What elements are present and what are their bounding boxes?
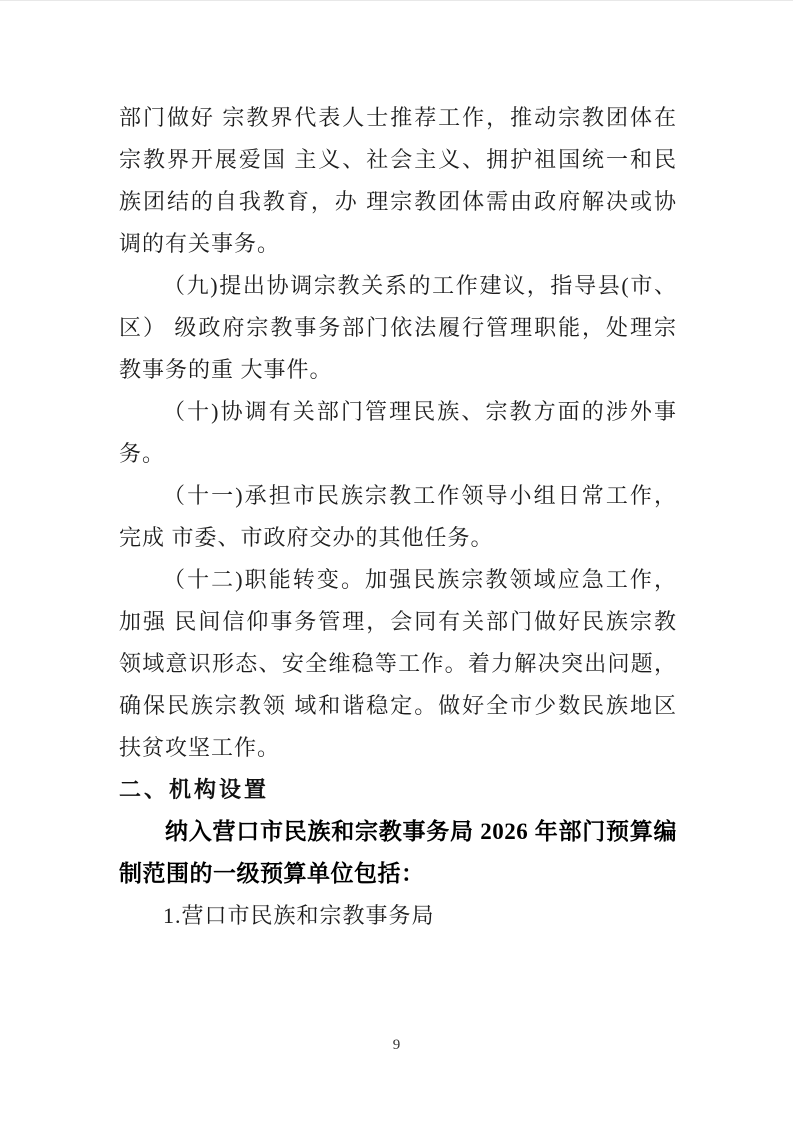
page-number: 9 xyxy=(393,1037,401,1053)
paragraph-duty-11: （十一)承担市民族宗教工作领导小组日常工作，完成 市委、市政府交办的其他任务。 xyxy=(119,475,677,559)
section-heading-organization-setup: 二、机构设置 xyxy=(119,769,677,811)
page-footer: 9 xyxy=(0,1035,793,1055)
list-item-budget-unit-1: 1.营口市民族和宗教事务局 xyxy=(119,895,677,937)
document-content: 部门做好 宗教界代表人士推荐工作，推动宗教团体在宗教界开展爱国 主义、社会主义、… xyxy=(119,97,677,937)
paragraph-duty-12: （十二)职能转变。加强民族宗教领域应急工作，加强 民间信仰事务管理，会同有关部门… xyxy=(119,559,677,769)
paragraph-duties-continuation: 部门做好 宗教界代表人士推荐工作，推动宗教团体在宗教界开展爱国 主义、社会主义、… xyxy=(119,97,677,265)
document-page: 部门做好 宗教界代表人士推荐工作，推动宗教团体在宗教界开展爱国 主义、社会主义、… xyxy=(0,0,793,1122)
paragraph-duty-9: （九)提出协调宗教关系的工作建议，指导县(市、区） 级政府宗教事务部门依法履行管… xyxy=(119,265,677,391)
paragraph-budget-scope: 纳入营口市民族和宗教事务局 2026 年部门预算编制范围的一级预算单位包括： xyxy=(119,811,677,895)
paragraph-duty-10: （十)协调有关部门管理民族、宗教方面的涉外事务。 xyxy=(119,391,677,475)
